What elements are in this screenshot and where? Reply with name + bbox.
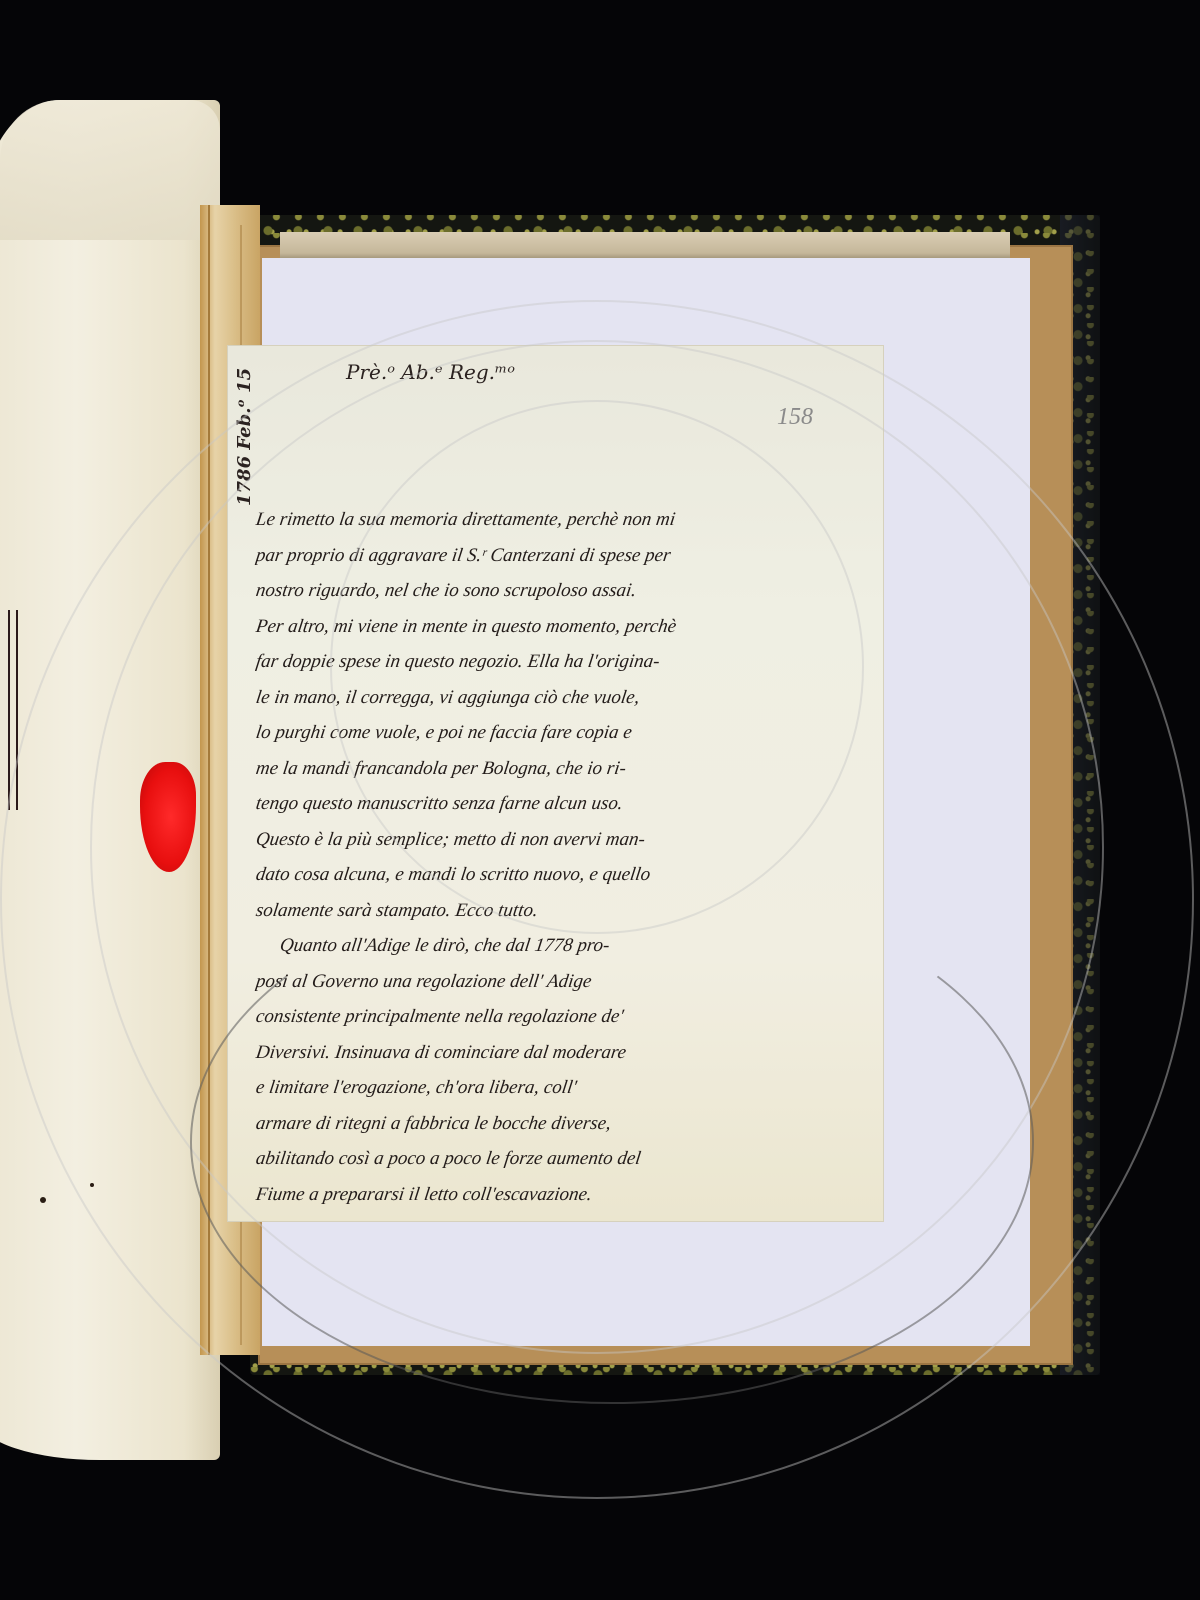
letter-salutation: Prè.ᵒ Ab.ᵉ Reg.ᵐᵒ: [346, 360, 515, 384]
letter-line: par proprio di aggravare il S.ʳ Canterza…: [254, 538, 869, 574]
letter-line: Fiume a prepararsi il letto coll'escavaz…: [254, 1177, 869, 1213]
letter-line: nostro riguardo, nel che io sono scrupol…: [254, 573, 869, 609]
letter-line: Le rimetto la sua memoria direttamente, …: [254, 502, 869, 538]
letter-line: consistente principalmente nella regolaz…: [254, 999, 869, 1035]
folio-number: 158: [777, 404, 813, 431]
letter-line: lo purghi come vuole, e poi ne faccia fa…: [254, 715, 869, 751]
handwritten-letter: Prè.ᵒ Ab.ᵉ Reg.ᵐᵒ 158 1786 Feb.ᵒ 15 Le r…: [228, 346, 883, 1221]
letter-line: far doppie spese in questo negozio. Ella…: [254, 644, 869, 680]
letter-line: tengo questo manuscritto senza farne alc…: [254, 786, 869, 822]
left-page-fold: [0, 100, 220, 240]
letter-line: posi al Governo una regolazione dell' Ad…: [254, 964, 869, 1000]
letter-body: Le rimetto la sua memoria direttamente, …: [256, 502, 866, 1212]
letter-line: abilitando così a poco a poco le forze a…: [254, 1141, 869, 1177]
letter-line: Per altro, mi viene in mente in questo m…: [254, 609, 869, 645]
letter-line: armare di ritegni a fabbrica le bocche d…: [254, 1106, 869, 1142]
letter-line: Questo è la più semplice; metto di non a…: [254, 822, 869, 858]
letter-line: solamente sarà stampato. Ecco tutto.: [254, 893, 869, 929]
letter-line: Quanto all'Adige le dirò, che dal 1778 p…: [254, 928, 869, 964]
letter-line: me la mandi francandola per Bologna, che…: [254, 751, 869, 787]
letter-line: le in mano, il corregga, vi aggiunga ciò…: [254, 680, 869, 716]
margin-date: 1786 Feb.ᵒ 15: [234, 368, 255, 506]
letter-line: dato cosa alcuna, e mandi lo scritto nuo…: [254, 857, 869, 893]
letter-line: e limitare l'erogazione, ch'ora libera, …: [254, 1070, 869, 1106]
letter-line: Diversivi. Insinuava di cominciare dal m…: [254, 1035, 869, 1071]
left-page-ink-strokes: [4, 610, 22, 810]
